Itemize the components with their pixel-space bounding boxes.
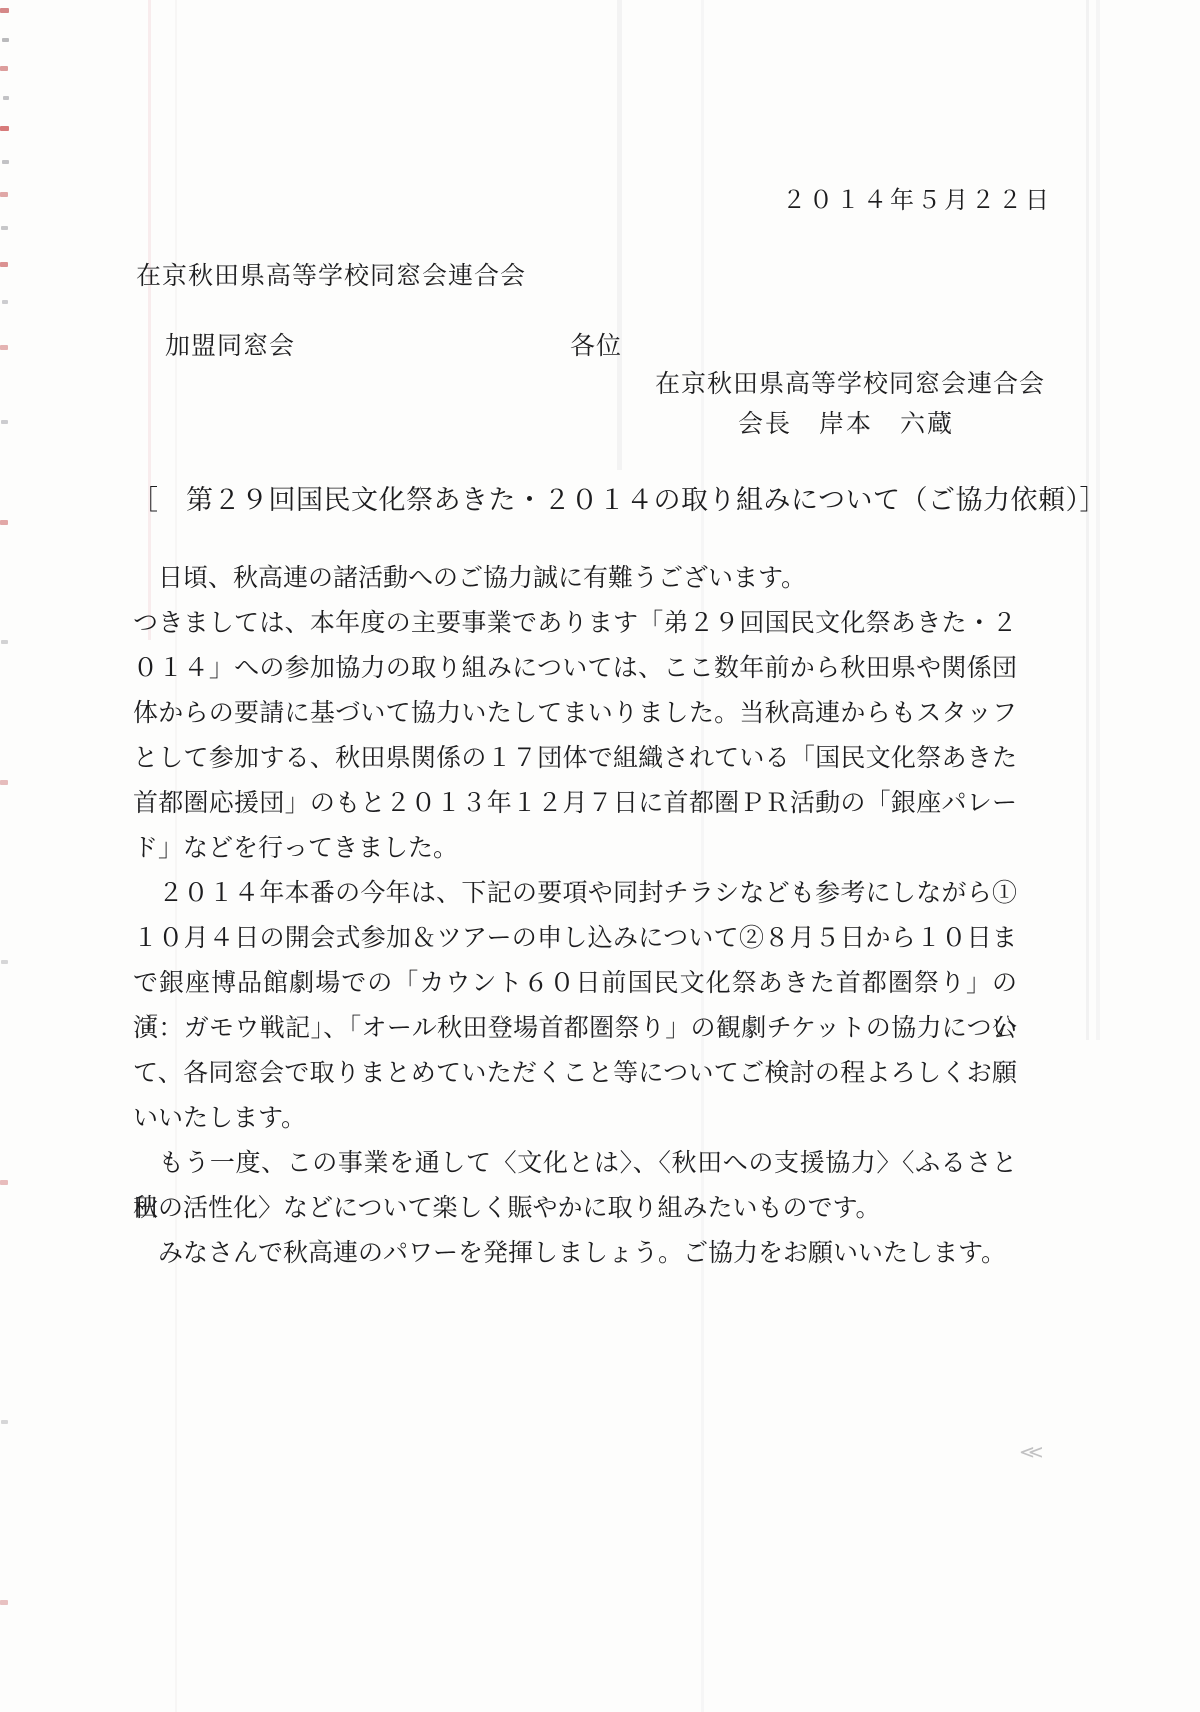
recipient-line: 加盟同窓会各位 — [136, 298, 622, 390]
body-line: 田の活性化〉などについて楽しく賑やかに取り組みたいものです。 — [133, 1186, 1017, 1231]
scan-speck — [1, 640, 8, 644]
scan-speck — [0, 66, 8, 71]
scan-corner-artifact: ≪ — [1019, 1442, 1043, 1463]
body-line: つきましては、本年度の主要事業であります「弟２９回国民文化祭あきた・２ — [133, 601, 1017, 646]
scan-speck — [1, 226, 8, 230]
body-line: 日頃、秋高連の諸活動へのご協力誠に有難うございます。 — [133, 556, 1017, 601]
recipient-group: 加盟同窓会 — [165, 333, 295, 360]
body-line: 首都圏応援団」のもと２０１３年１２月７日に首都圏ＰＲ活動の「銀座パレー — [133, 781, 1017, 826]
scan-speck — [0, 8, 9, 13]
scan-speck — [0, 345, 8, 350]
scan-speck — [2, 160, 9, 164]
letter-body: 日頃、秋高連の諸活動へのご協力誠に有難うございます。 つきましては、本年度の主要… — [133, 556, 1017, 1276]
scan-streak — [1086, 0, 1089, 1040]
body-line: ０１４」への参加協力の取り組みについては、ここ数年前から秋田県や関係団 — [133, 646, 1017, 691]
scan-speck — [1, 1420, 8, 1424]
subject-line: ［ 第２９回国民文化祭あきた・２０１４の取り組みについて（ご協力依頼）］ — [131, 478, 1107, 517]
scan-speck — [0, 126, 9, 131]
scan-speck — [0, 520, 8, 525]
recipient-org: 在京秋田県高等学校同窓会連合会 — [136, 256, 526, 292]
body-line: として参加する、秋田県関係の１７団体で組織されている「国民文化祭あきた — [133, 736, 1017, 781]
body-line: みなさんで秋高連のパワーを発揮しましょう。ご協力をお願いいたします。 — [133, 1231, 1017, 1276]
body-line: 体からの要請に基づいて協力いたしてまいりました。当秋高連からもスタッフ — [133, 691, 1017, 736]
scan-speck — [2, 300, 8, 304]
letter-date: ２０１４年５月２２日 — [782, 180, 1052, 215]
scan-speck — [1, 960, 8, 964]
scan-speck — [2, 38, 9, 42]
scan-speck — [0, 1180, 8, 1185]
body-line: もう一度、この事業を通して〈文化とは〉、〈秋田への支援協力〉〈ふるさと秋 — [133, 1141, 1017, 1186]
body-line: て、各同窓会で取りまとめていただくこと等についてご検討の程よろしくお願 — [133, 1051, 1017, 1096]
scan-speck — [0, 262, 8, 267]
body-line: ２０１４年本番の今年は、下記の要項や同封チラシなども参考にしながら① — [133, 871, 1017, 916]
sender-title-name: 会長 岸本 六蔵 — [738, 404, 954, 440]
scanned-letter-page: ２０１４年５月２２日 在京秋田県高等学校同窓会連合会 加盟同窓会各位 在京秋田県… — [0, 0, 1200, 1712]
scan-speck — [1, 420, 8, 424]
scan-speck — [0, 1600, 8, 1605]
scan-streak — [617, 0, 622, 470]
body-line: いいたします。 — [133, 1096, 1017, 1141]
scan-speck — [0, 780, 8, 785]
body-line: １０月４日の開会式参加＆ツアーの申し込みについて②８月５日から１０日ま — [133, 916, 1017, 961]
scan-streak — [1096, 0, 1100, 1040]
body-line: ド」などを行ってきました。 — [133, 826, 1017, 871]
scan-speck — [3, 96, 9, 100]
scan-speck — [0, 192, 8, 197]
body-line: 演：ガモウ戦記」、「オール秋田登場首都圏祭り」の観劇チケットの協力につい — [133, 1006, 1017, 1051]
body-line: で銀座博品館劇場での「カウント６０日前国民文化祭あきた首都圏祭り」の「公 — [133, 961, 1017, 1006]
sender-org: 在京秋田県高等学校同窓会連合会 — [655, 364, 1045, 400]
recipient-honorific: 各位 — [570, 333, 622, 360]
